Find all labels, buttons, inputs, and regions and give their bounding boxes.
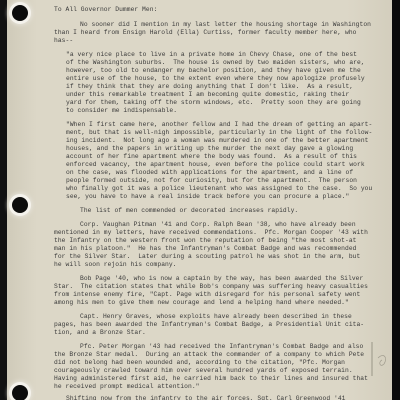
text-line: mentioned in my letters, have received c…	[54, 229, 368, 236]
text-line: To All Governor Dummer Men:	[54, 6, 157, 13]
text-line: than I heard from Ensign Harold (Ella) C…	[54, 29, 356, 36]
text-line: "a very nice place to live in a private …	[66, 51, 357, 58]
text-line: houses, and the papers in writing up the…	[66, 145, 353, 152]
text-line: Corp. Vaughan Pitman '41 and Corp. Ralph…	[80, 221, 356, 228]
text-line: No sooner did I mention in my last lette…	[80, 21, 371, 28]
text-line: Pfc. Peter Morgan '43 had received the I…	[80, 343, 363, 350]
text-line: ment, but that is well-nigh impossible, …	[66, 129, 372, 136]
text-line: among his men to give them new courage a…	[54, 299, 349, 306]
pencil-mark-icon	[370, 340, 390, 380]
text-line: if they think that they are doing anythi…	[66, 83, 353, 90]
text-line: who finally got it was a police lieutena…	[66, 185, 372, 192]
text-line: Capt. Henry Graves, whose exploits have …	[80, 313, 352, 320]
text-line: under this remarkable treatment I am bec…	[66, 91, 349, 98]
text-line: Having administered first aid, he carrie…	[54, 375, 368, 382]
text-line: on the case, was flooded with applicatio…	[66, 169, 353, 176]
letter-body: To All Governor Dummer Men:No sooner did…	[0, 0, 400, 400]
text-line: "When I first came here, another fellow …	[66, 121, 372, 128]
text-line: to consider me indispensable.	[66, 107, 177, 114]
text-line: Star. The citation states that while Bob…	[54, 283, 368, 290]
text-line: see, you have to have a real inside trac…	[66, 193, 349, 200]
text-line: man in his platoon." He has the Infantry…	[54, 245, 356, 252]
text-line: people formed outside, not for curiosity…	[66, 177, 357, 184]
text-line: The list of men commended or decorated i…	[80, 207, 298, 214]
text-line: however, too old to endanger my bachelor…	[66, 67, 361, 74]
text-line: has--	[54, 37, 73, 44]
text-line: enforced vacancy, the apartment house, e…	[66, 161, 365, 168]
text-line: the Infantry on the western front won th…	[54, 237, 356, 244]
text-line: Bob Page '40, who is now a captain by th…	[80, 275, 363, 282]
text-line: entire use of the house, to the extent e…	[66, 75, 365, 82]
text-line: from intense enemy fire, "Capt. Page wit…	[54, 291, 360, 298]
text-line: account of her fine apartment where the …	[66, 153, 357, 160]
text-line: Shifting now from the infantry to the ai…	[66, 395, 346, 400]
text-line: did not belong had been wounded and, acc…	[54, 359, 345, 366]
text-line: yard for them, taking off the storm wind…	[66, 99, 361, 106]
text-line: ing incident. Not long ago a woman was m…	[66, 137, 368, 144]
text-line: of the Washington suburbs. The house is …	[66, 59, 365, 66]
text-line: courageously crawled toward him over sev…	[54, 367, 353, 374]
text-line: the Bronze Star medal. During an attack …	[54, 351, 364, 358]
text-line: he received prompt medical attention."	[54, 383, 200, 390]
text-line: he will soon rejoin his company.	[54, 261, 177, 268]
text-line: for the Silver Star. Later during a scou…	[54, 253, 360, 260]
text-line: tion, and a Bronze Star.	[54, 329, 146, 336]
text-line: pages, has been awarded the Infantryman'…	[54, 321, 364, 328]
